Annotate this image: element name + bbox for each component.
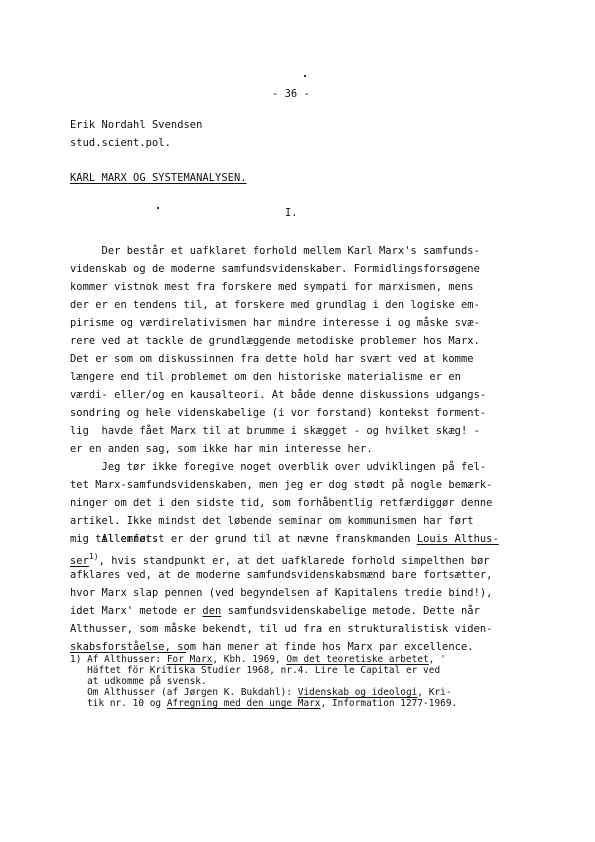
footnote-text: , ' — [429, 654, 446, 665]
body-line: sondring og hele videnskabelige (i vor f… — [70, 407, 486, 419]
body-line: værdi- eller/og en kausalteori. At både … — [70, 389, 486, 401]
footnote-text: , Kbh. 1969, — [212, 654, 286, 665]
body-line: kommer vistnok mest fra forskere med sym… — [70, 281, 474, 293]
citation-title: For Marx — [167, 654, 213, 665]
emphasis: den — [202, 605, 221, 617]
footnote-text: Häftet för Kritiska Studier 1968, nr.4. — [70, 665, 315, 676]
footnote-marker: 1) — [89, 552, 99, 561]
footnote-text: Lire le Capital er ved — [315, 665, 440, 676]
body-line: Althusser, som måske bekendt, til ud fra… — [70, 623, 492, 635]
footnote-line: at udkomme på svensk. — [70, 677, 207, 688]
body-line: hvor Marx slap pennen (ved begyndelsen a… — [70, 587, 492, 599]
author-title: stud.scient.pol. — [70, 137, 171, 149]
body-line: pirisme og værdirelativismen har mindre … — [70, 317, 480, 329]
body-line: videnskab og de moderne samfundsvidenska… — [70, 263, 480, 275]
body-line: ninger om det i den sidste tid, som forh… — [70, 497, 492, 509]
footnote-text: tik nr. 10 og — [70, 698, 167, 709]
body-text: idet Marx' metode er — [70, 605, 202, 617]
footnote-text: Om Althusser (af Jørgen K. Bukdahl): — [70, 687, 298, 698]
body-line: Der består et uafklaret forhold mellem K… — [70, 245, 480, 257]
body-line: der er en tendens til, at forskere med g… — [70, 299, 480, 311]
body-text: Allerførst er der grund til at nævne fra… — [70, 533, 417, 545]
body-text: , hvis standpunkt er, at det uafklarede … — [99, 555, 490, 567]
body-line: lig havde fået Marx til at brumme i skæg… — [70, 425, 480, 437]
body-line: afklares ved, at de moderne samfundsvide… — [70, 569, 492, 581]
footnote-separator — [70, 652, 186, 653]
body-line: længere end til problemet om den histori… — [70, 371, 461, 383]
scan-speck — [157, 207, 159, 209]
footnote-text: 1) Af Althusser: — [70, 654, 167, 665]
footnote-text: , Kri- — [417, 687, 451, 698]
body-line-metode: idet Marx' metode er den samfundsvidensk… — [70, 605, 480, 617]
footnote-line: tik nr. 10 og Afregning med den unge Mar… — [70, 699, 457, 710]
footnote-text: , Information 1277-1969. — [321, 698, 458, 709]
section-number: I. — [285, 207, 298, 219]
document-page: - 36 - Erik Nordahl Svendsen stud.scient… — [0, 0, 595, 842]
body-line-althusser-intro: Allerførst er der grund til at nævne fra… — [70, 533, 499, 545]
citation-title: Om det teoretiske arbetet — [286, 654, 428, 665]
body-line: er en anden sag, som ikke har min intere… — [70, 443, 373, 455]
body-line: artikel. Ikke mindst det løbende seminar… — [70, 515, 474, 527]
body-line: tet Marx-samfundsvidenskaben, men jeg er… — [70, 479, 492, 491]
footnote-line: Om Althusser (af Jørgen K. Bukdahl): Vid… — [70, 688, 452, 699]
footnote-line: Häftet för Kritiska Studier 1968, nr.4. … — [70, 666, 440, 677]
page-number: - 36 - — [272, 88, 310, 100]
article-title: KARL MARX OG SYSTEMANALYSEN. — [70, 172, 247, 184]
body-line-althusser-standpoint: ser1), hvis standpunkt er, at det uafkla… — [70, 551, 490, 567]
body-text: samfundsvidenskabelige metode. Dette når — [221, 605, 480, 617]
author-name: Erik Nordahl Svendsen — [70, 119, 202, 131]
body-line: Jeg tør ikke foregive noget overblik ove… — [70, 461, 486, 473]
citation-title: Afregning med den unge Marx — [167, 698, 321, 709]
author-reference-cont: ser — [70, 555, 89, 567]
author-reference: Louis Althus- — [417, 533, 499, 545]
scan-speck — [304, 75, 306, 77]
citation-title: Videnskab og ideologi — [298, 687, 418, 698]
body-line: Det er som om diskussinnen fra dette hol… — [70, 353, 474, 365]
footnote-line: 1) Af Althusser: For Marx, Kbh. 1969, Om… — [70, 655, 446, 666]
body-line: rere ved at tackle de grundlæggende meto… — [70, 335, 480, 347]
